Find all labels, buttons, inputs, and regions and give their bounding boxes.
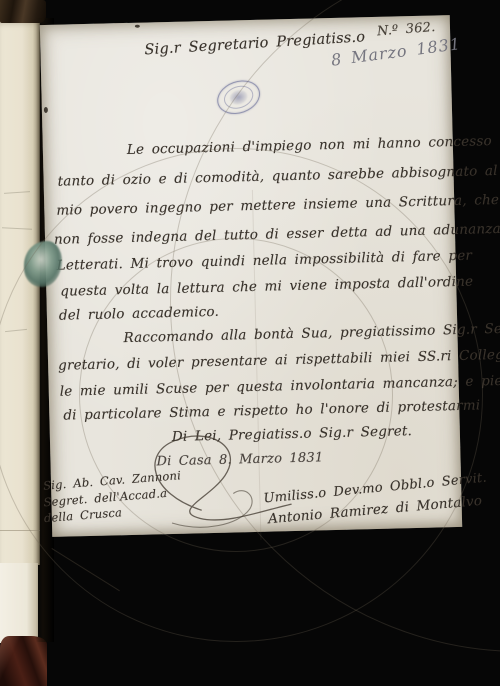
page-edge-crease [0, 530, 40, 531]
letter-line: del ruolo accademico. [59, 304, 220, 324]
letter-line: non fosse indegna del tutto di esser det… [54, 220, 500, 247]
archive-number: N.º 362. [377, 20, 436, 39]
previous-page-edge [0, 20, 40, 565]
letter-line: gretario, di voler presentare ai rispett… [58, 347, 500, 374]
previous-page-edge-lower [0, 563, 38, 643]
place-date-line: Di Casa 8. Marzo 1831 [156, 450, 323, 469]
letter-line: tanto di ozio e di comodità, quanto sare… [57, 163, 497, 190]
closing-line: Di Lei, Pregiatiss.o Sig.r Segret. [172, 423, 413, 445]
manuscript-scan: Sig.r Segretario Pregiatiss.o N.º 362. 8… [0, 0, 500, 686]
letter-line: di particolare Stima e rispetto ho l'ono… [63, 397, 480, 423]
scratch-mark [51, 548, 119, 591]
letter-line: Le occupazioni d'impiego non mi hanno co… [127, 133, 492, 158]
letter-line: Letterati. Mi trovo quindi nella impossi… [56, 248, 472, 274]
oval-ink-stamp-icon [213, 75, 265, 120]
letter-line: Raccomando alla bontà Sua, pregiatissimo… [123, 321, 500, 346]
letter-page: Sig.r Segretario Pregiatiss.o N.º 362. 8… [40, 15, 462, 537]
paper-fleck [135, 25, 140, 28]
letter-line: mio povero ingegno per mettere insieme u… [56, 192, 499, 219]
ink-fleck [44, 107, 48, 113]
letter-line: questa volta la lettura che mi viene imp… [60, 274, 473, 300]
marbled-cover-corner [0, 636, 47, 686]
letter-line: le mie umili Scuse per questa involontar… [60, 372, 500, 399]
